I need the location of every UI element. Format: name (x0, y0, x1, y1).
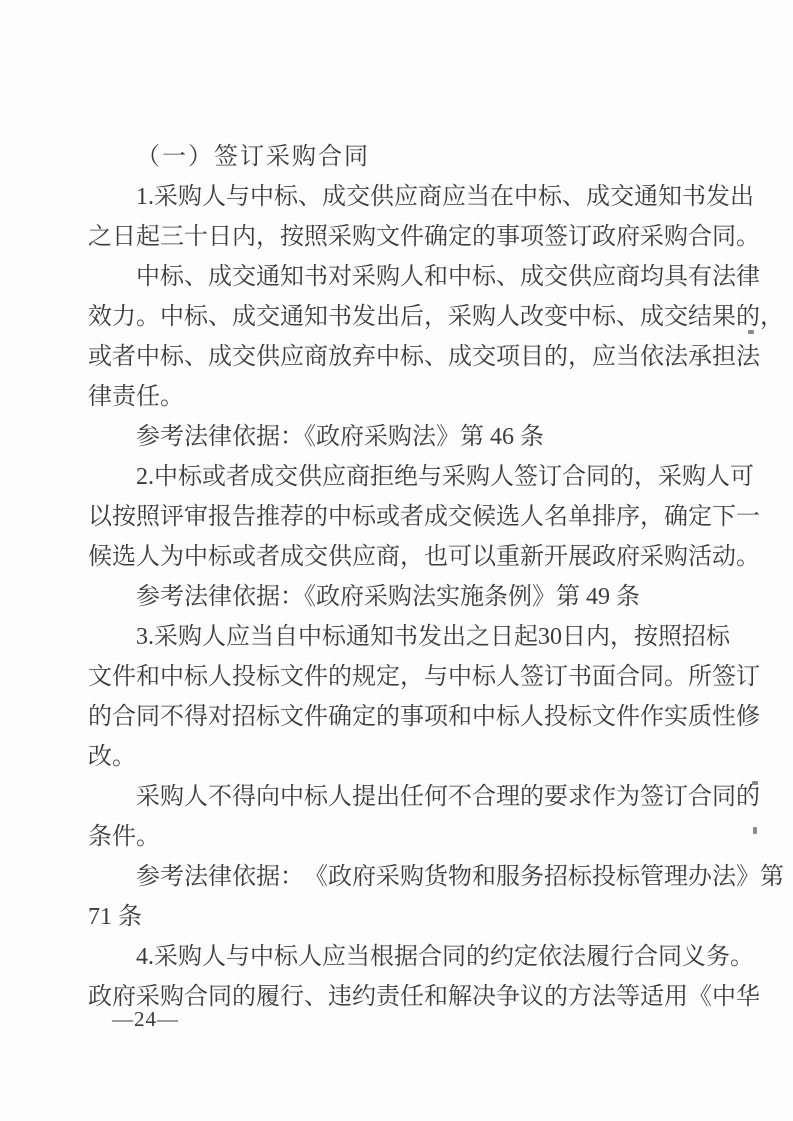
glyph: 通 (346, 617, 370, 657)
glyph: 府 (616, 217, 640, 257)
glyph: 修 (736, 697, 760, 737)
glyph: ， (640, 497, 664, 537)
glyph: 法 (664, 337, 688, 377)
glyph: 同 (136, 697, 160, 737)
glyph: 和 (424, 977, 448, 1017)
glyph: 3. (136, 617, 154, 657)
glyph: 要 (544, 777, 568, 817)
glyph: 发 (418, 617, 442, 657)
glyph: 商 (616, 257, 640, 297)
glyph: 政 (88, 977, 112, 1017)
glyph: 中 (250, 937, 274, 977)
glyph: 可 (448, 537, 472, 577)
glyph: 果 (712, 297, 736, 337)
glyph: 订 (544, 657, 568, 697)
glyph: 报 (208, 497, 232, 537)
text-line: 效力。中标、成交通知书发出后，采购人改变中标、成交结果的， (88, 297, 710, 337)
glyph: 之 (466, 617, 490, 657)
glyph: 同 (712, 217, 736, 257)
glyph: 得 (184, 697, 208, 737)
glyph: 选 (496, 497, 520, 537)
glyph: 或 (376, 497, 400, 537)
glyph: 、 (184, 257, 208, 297)
glyph: 义 (682, 937, 706, 977)
text-line: 71 条 (88, 897, 710, 937)
glyph: 购 (400, 857, 424, 897)
glyph: 同 (640, 657, 664, 697)
glyph: 履 (586, 937, 610, 977)
glyph: 日 (112, 217, 136, 257)
glyph: ， (400, 537, 424, 577)
glyph: 项 (520, 217, 544, 257)
glyph: 重 (496, 537, 520, 577)
glyph: 成 (640, 297, 664, 337)
glyph: 人 (208, 657, 232, 697)
glyph: 日 (562, 617, 586, 657)
glyph: 2. (136, 457, 154, 497)
glyph: 开 (544, 537, 568, 577)
glyph: 人 (520, 697, 544, 737)
glyph: 标 (304, 777, 328, 817)
glyph: 为 (616, 777, 640, 817)
glyph: 中 (712, 977, 736, 1017)
text-line: 文件和中标人投标文件的规定，与中标人签订书面合同。所签订 (88, 657, 710, 697)
glyph: 合 (688, 777, 712, 817)
glyph: 出 (376, 777, 400, 817)
glyph: 交 (304, 537, 328, 577)
glyph: 的 (520, 777, 544, 817)
glyph: 项 (424, 697, 448, 737)
glyph: 十 (184, 217, 208, 257)
glyph: 采 (154, 937, 178, 977)
glyph: 标 (256, 697, 280, 737)
glyph: 中 (298, 617, 322, 657)
glyph: 告 (232, 497, 256, 537)
glyph: 展 (568, 537, 592, 577)
glyph: 中 (184, 537, 208, 577)
glyph: 力 (112, 297, 136, 337)
glyph: 行 (610, 937, 634, 977)
glyph: 律 (208, 857, 232, 897)
glyph: ， (568, 337, 592, 377)
glyph: 采 (154, 617, 178, 657)
text-line: 采购人不得向中标人提出任何不合理的要求作为签订合同的 (88, 777, 710, 817)
glyph: 中 (136, 337, 160, 377)
glyph: 者 (226, 457, 250, 497)
glyph: ， (424, 297, 448, 337)
glyph: 方 (568, 977, 592, 1017)
glyph: 。 (736, 217, 760, 257)
glyph: 起 (514, 617, 538, 657)
glyph: 华 (736, 977, 760, 1017)
glyph: 与 (226, 937, 250, 977)
glyph: 的 (544, 977, 568, 1017)
glyph: 货 (424, 857, 448, 897)
glyph: 《 (688, 977, 712, 1017)
glyph: 文 (88, 657, 112, 697)
glyph: 采 (658, 457, 682, 497)
text-line: 4.采购人与中标人应当根据合同的约定依法履行合同义务。 (88, 937, 710, 977)
glyph: 。 (664, 657, 688, 697)
glyph: 在 (490, 177, 514, 217)
glyph: ： (280, 857, 304, 897)
glyph: 可 (730, 457, 754, 497)
glyph: 者 (112, 337, 136, 377)
glyph: 照 (136, 497, 160, 537)
glyph: 采 (442, 457, 466, 497)
glyph: 购 (178, 177, 202, 217)
glyph: 人 (706, 457, 730, 497)
glyph: 采 (352, 257, 376, 297)
glyph: 推 (256, 497, 280, 537)
glyph: 成 (232, 297, 256, 337)
glyph: 标 (496, 697, 520, 737)
glyph: 应 (322, 457, 346, 497)
document-body: （一）签订采购合同1.采购人与中标、成交供应商应当在中标、成交通知书发出之日起三… (88, 137, 710, 1017)
glyph: 的 (610, 457, 634, 497)
glyph: ， (400, 657, 424, 697)
glyph: 与 (418, 457, 442, 497)
glyph: 标 (256, 657, 280, 697)
glyph: 文 (376, 217, 400, 257)
glyph: 商 (304, 337, 328, 377)
glyph: 商 (346, 457, 370, 497)
glyph: 府 (352, 857, 376, 897)
glyph: 同 (586, 457, 610, 497)
glyph: 应 (226, 617, 250, 657)
glyph: 成 (208, 337, 232, 377)
text-line: 条件。 (88, 817, 710, 857)
glyph: 当 (346, 937, 370, 977)
glyph: 》 (736, 857, 760, 897)
glyph: 者 (400, 497, 424, 537)
glyph: 律 (736, 257, 760, 297)
glyph: 中 (136, 257, 160, 297)
glyph: 标 (160, 257, 184, 297)
glyph: 定 (352, 697, 376, 737)
glyph: 交 (256, 297, 280, 337)
glyph: 规 (352, 657, 376, 697)
glyph: 任 (400, 977, 424, 1017)
glyph: 成 (448, 337, 472, 377)
glyph: 招 (544, 857, 568, 897)
text-line: 参考法律依据：《政府采购法》第 46 条 (88, 417, 710, 457)
glyph: 商 (418, 177, 442, 217)
glyph: 放 (328, 337, 352, 377)
glyph: 中 (160, 297, 184, 337)
glyph: 供 (568, 257, 592, 297)
glyph: 成 (322, 177, 346, 217)
glyph: 审 (184, 497, 208, 537)
glyph: 签 (640, 777, 664, 817)
glyph: ， (634, 457, 658, 497)
text-line: 政府采购合同的履行、违约责任和解决争议的方法等适用《中华 (88, 977, 710, 1017)
page-number: —24— (112, 1004, 179, 1034)
glyph: 购 (376, 257, 400, 297)
glyph: 供 (256, 337, 280, 377)
glyph: 交 (448, 497, 472, 537)
glyph: 《 (304, 857, 328, 897)
glyph: 合 (418, 937, 442, 977)
glyph: 按 (112, 497, 136, 537)
glyph: 交 (232, 257, 256, 297)
glyph: 中 (154, 457, 178, 497)
glyph: 购 (178, 617, 202, 657)
glyph: 参 (136, 857, 160, 897)
glyph: 性 (712, 697, 736, 737)
glyph: 供 (370, 177, 394, 217)
glyph: 三 (160, 217, 184, 257)
glyph: 实 (664, 697, 688, 737)
glyph: 候 (472, 497, 496, 537)
glyph: 照 (658, 617, 682, 657)
glyph: 购 (472, 297, 496, 337)
glyph: 件 (112, 657, 136, 697)
glyph: 购 (664, 537, 688, 577)
glyph: 出 (442, 617, 466, 657)
glyph: 。 (736, 537, 760, 577)
glyph: 法 (592, 977, 616, 1017)
glyph: 担 (712, 337, 736, 377)
glyph: 解 (448, 977, 472, 1017)
glyph: 中 (376, 337, 400, 377)
glyph: 中 (448, 657, 472, 697)
glyph: 向 (256, 777, 280, 817)
glyph: 对 (328, 257, 352, 297)
glyph: 均 (640, 257, 664, 297)
glyph: 内 (586, 617, 610, 657)
text-line: 改。 (88, 737, 710, 777)
glyph: 政 (328, 857, 352, 897)
glyph: 、 (424, 337, 448, 377)
glyph: 件 (400, 217, 424, 257)
text-line: 中标、成交通知书对采购人和中标、成交供应商均具有法律 (88, 257, 710, 297)
glyph: 交 (664, 297, 688, 337)
glyph: 序 (616, 497, 640, 537)
glyph: 标 (592, 297, 616, 337)
glyph: 约 (352, 977, 376, 1017)
glyph: 自 (274, 617, 298, 657)
glyph: 标 (322, 617, 346, 657)
glyph: 1. (136, 177, 154, 217)
glyph: 用 (664, 977, 688, 1017)
glyph: 交 (472, 337, 496, 377)
glyph: 应 (394, 177, 418, 217)
glyph: 标 (568, 697, 592, 737)
glyph: 的 (304, 497, 328, 537)
glyph: 30 (538, 617, 562, 657)
glyph: 签 (520, 657, 544, 697)
glyph: 合 (562, 457, 586, 497)
glyph: 签 (514, 457, 538, 497)
glyph: 争 (496, 977, 520, 1017)
glyph: 合 (112, 697, 136, 737)
glyph: 定 (688, 497, 712, 537)
text-line: 律责任。 (88, 377, 710, 417)
glyph: 者 (256, 537, 280, 577)
glyph: 履 (256, 977, 280, 1017)
glyph: 购 (178, 937, 202, 977)
glyph: 标 (178, 457, 202, 497)
glyph: 采 (328, 217, 352, 257)
glyph: 的 (232, 977, 256, 1017)
glyph: 定 (376, 657, 400, 697)
glyph: 中 (328, 497, 352, 537)
glyph: 书 (394, 617, 418, 657)
glyph: 标 (400, 337, 424, 377)
glyph: ， (256, 217, 280, 257)
glyph: 购 (664, 217, 688, 257)
glyph: 采 (640, 217, 664, 257)
glyph: 合 (616, 657, 640, 697)
text-line: 1.采购人与中标、成交供应商应当在中标、成交通知书发出 (88, 177, 710, 217)
glyph: 购 (466, 457, 490, 497)
glyph: 改 (520, 297, 544, 337)
glyph: 采 (448, 297, 472, 337)
glyph: 以 (472, 537, 496, 577)
text-line: 或者中标、成交供应商放弃中标、成交项目的，应当依法承担法 (88, 337, 710, 377)
glyph: 交 (544, 257, 568, 297)
glyph: 和 (448, 697, 472, 737)
glyph: 为 (160, 537, 184, 577)
glyph: 投 (232, 657, 256, 697)
glyph: 人 (520, 497, 544, 537)
glyph: 购 (160, 777, 184, 817)
glyph: 对 (208, 697, 232, 737)
glyph: 成 (520, 257, 544, 297)
glyph: 评 (160, 497, 184, 537)
glyph: 知 (370, 617, 394, 657)
glyph: 新 (520, 537, 544, 577)
glyph: 成 (280, 537, 304, 577)
glyph: 得 (232, 777, 256, 817)
glyph: 书 (304, 257, 328, 297)
glyph: 法 (712, 257, 736, 297)
glyph: 采 (136, 777, 160, 817)
glyph: 作 (640, 697, 664, 737)
glyph: 单 (568, 497, 592, 537)
glyph: 应 (352, 537, 376, 577)
glyph: 约 (490, 937, 514, 977)
glyph: 和 (136, 657, 160, 697)
glyph: 所 (688, 657, 712, 697)
glyph: 绝 (394, 457, 418, 497)
glyph: 标 (208, 537, 232, 577)
glyph: 何 (424, 777, 448, 817)
glyph: 结 (688, 297, 712, 337)
glyph: 中 (472, 697, 496, 737)
glyph: 合 (688, 217, 712, 257)
glyph: 名 (544, 497, 568, 537)
glyph: 发 (706, 177, 730, 217)
glyph: 件 (304, 697, 328, 737)
glyph: 。 (136, 297, 160, 337)
glyph: 、 (496, 257, 520, 297)
glyph: 人 (328, 777, 352, 817)
glyph: 管 (640, 857, 664, 897)
glyph: 件 (304, 657, 328, 697)
glyph: 或 (232, 537, 256, 577)
glyph: 标 (472, 657, 496, 697)
scan-speck (752, 781, 758, 785)
glyph: 的 (544, 337, 568, 377)
glyph: 据 (256, 857, 280, 897)
glyph: 议 (520, 977, 544, 1017)
glyph: 的 (88, 697, 112, 737)
glyph: 标 (352, 497, 376, 537)
glyph: 书 (328, 297, 352, 337)
glyph: 、 (184, 337, 208, 377)
glyph: 据 (394, 937, 418, 977)
glyph: 。 (730, 937, 754, 977)
glyph: 与 (424, 657, 448, 697)
glyph: 标 (274, 937, 298, 977)
glyph: 、 (304, 977, 328, 1017)
glyph: 不 (160, 697, 184, 737)
glyph: 应 (322, 937, 346, 977)
glyph: 或 (88, 337, 112, 377)
glyph: 标 (616, 857, 640, 897)
glyph: 、 (616, 297, 640, 337)
section-heading: （一）签订采购合同 (88, 137, 710, 177)
glyph: 项 (496, 337, 520, 377)
text-line: 的合同不得对招标文件确定的事项和中标人投标文件作实质性修 (88, 697, 710, 737)
glyph: 政 (592, 537, 616, 577)
glyph: 合 (184, 977, 208, 1017)
glyph: 标 (184, 297, 208, 337)
glyph: 依 (538, 937, 562, 977)
glyph: 订 (568, 217, 592, 257)
glyph: 中 (280, 777, 304, 817)
glyph: 内 (232, 217, 256, 257)
glyph: 出 (730, 177, 754, 217)
glyph: 任 (400, 777, 424, 817)
glyph: 之 (88, 217, 112, 257)
glyph: 知 (304, 297, 328, 337)
glyph: 同 (442, 937, 466, 977)
glyph: 行 (280, 977, 304, 1017)
glyph: 标 (538, 177, 562, 217)
glyph: 作 (592, 777, 616, 817)
glyph: 理 (496, 777, 520, 817)
glyph: 标 (472, 257, 496, 297)
glyph: 动 (712, 537, 736, 577)
glyph: 购 (682, 457, 706, 497)
glyph: 求 (568, 777, 592, 817)
glyph: 订 (664, 777, 688, 817)
glyph: 标 (568, 857, 592, 897)
glyph: 当 (466, 177, 490, 217)
glyph: 责 (376, 977, 400, 1017)
glyph: 文 (592, 697, 616, 737)
glyph: 确 (664, 497, 688, 537)
glyph: 订 (538, 457, 562, 497)
glyph: 决 (472, 977, 496, 1017)
glyph: 4. (136, 937, 154, 977)
glyph: 与 (226, 177, 250, 217)
glyph: ， (760, 297, 784, 337)
glyph: 法 (562, 937, 586, 977)
glyph: 的 (376, 697, 400, 737)
glyph: 事 (400, 697, 424, 737)
glyph: 签 (544, 217, 568, 257)
glyph: 中 (160, 657, 184, 697)
glyph: 提 (352, 777, 376, 817)
glyph: 件 (616, 697, 640, 737)
glyph: 投 (544, 697, 568, 737)
glyph: 排 (592, 497, 616, 537)
glyph: 商 (376, 537, 400, 577)
